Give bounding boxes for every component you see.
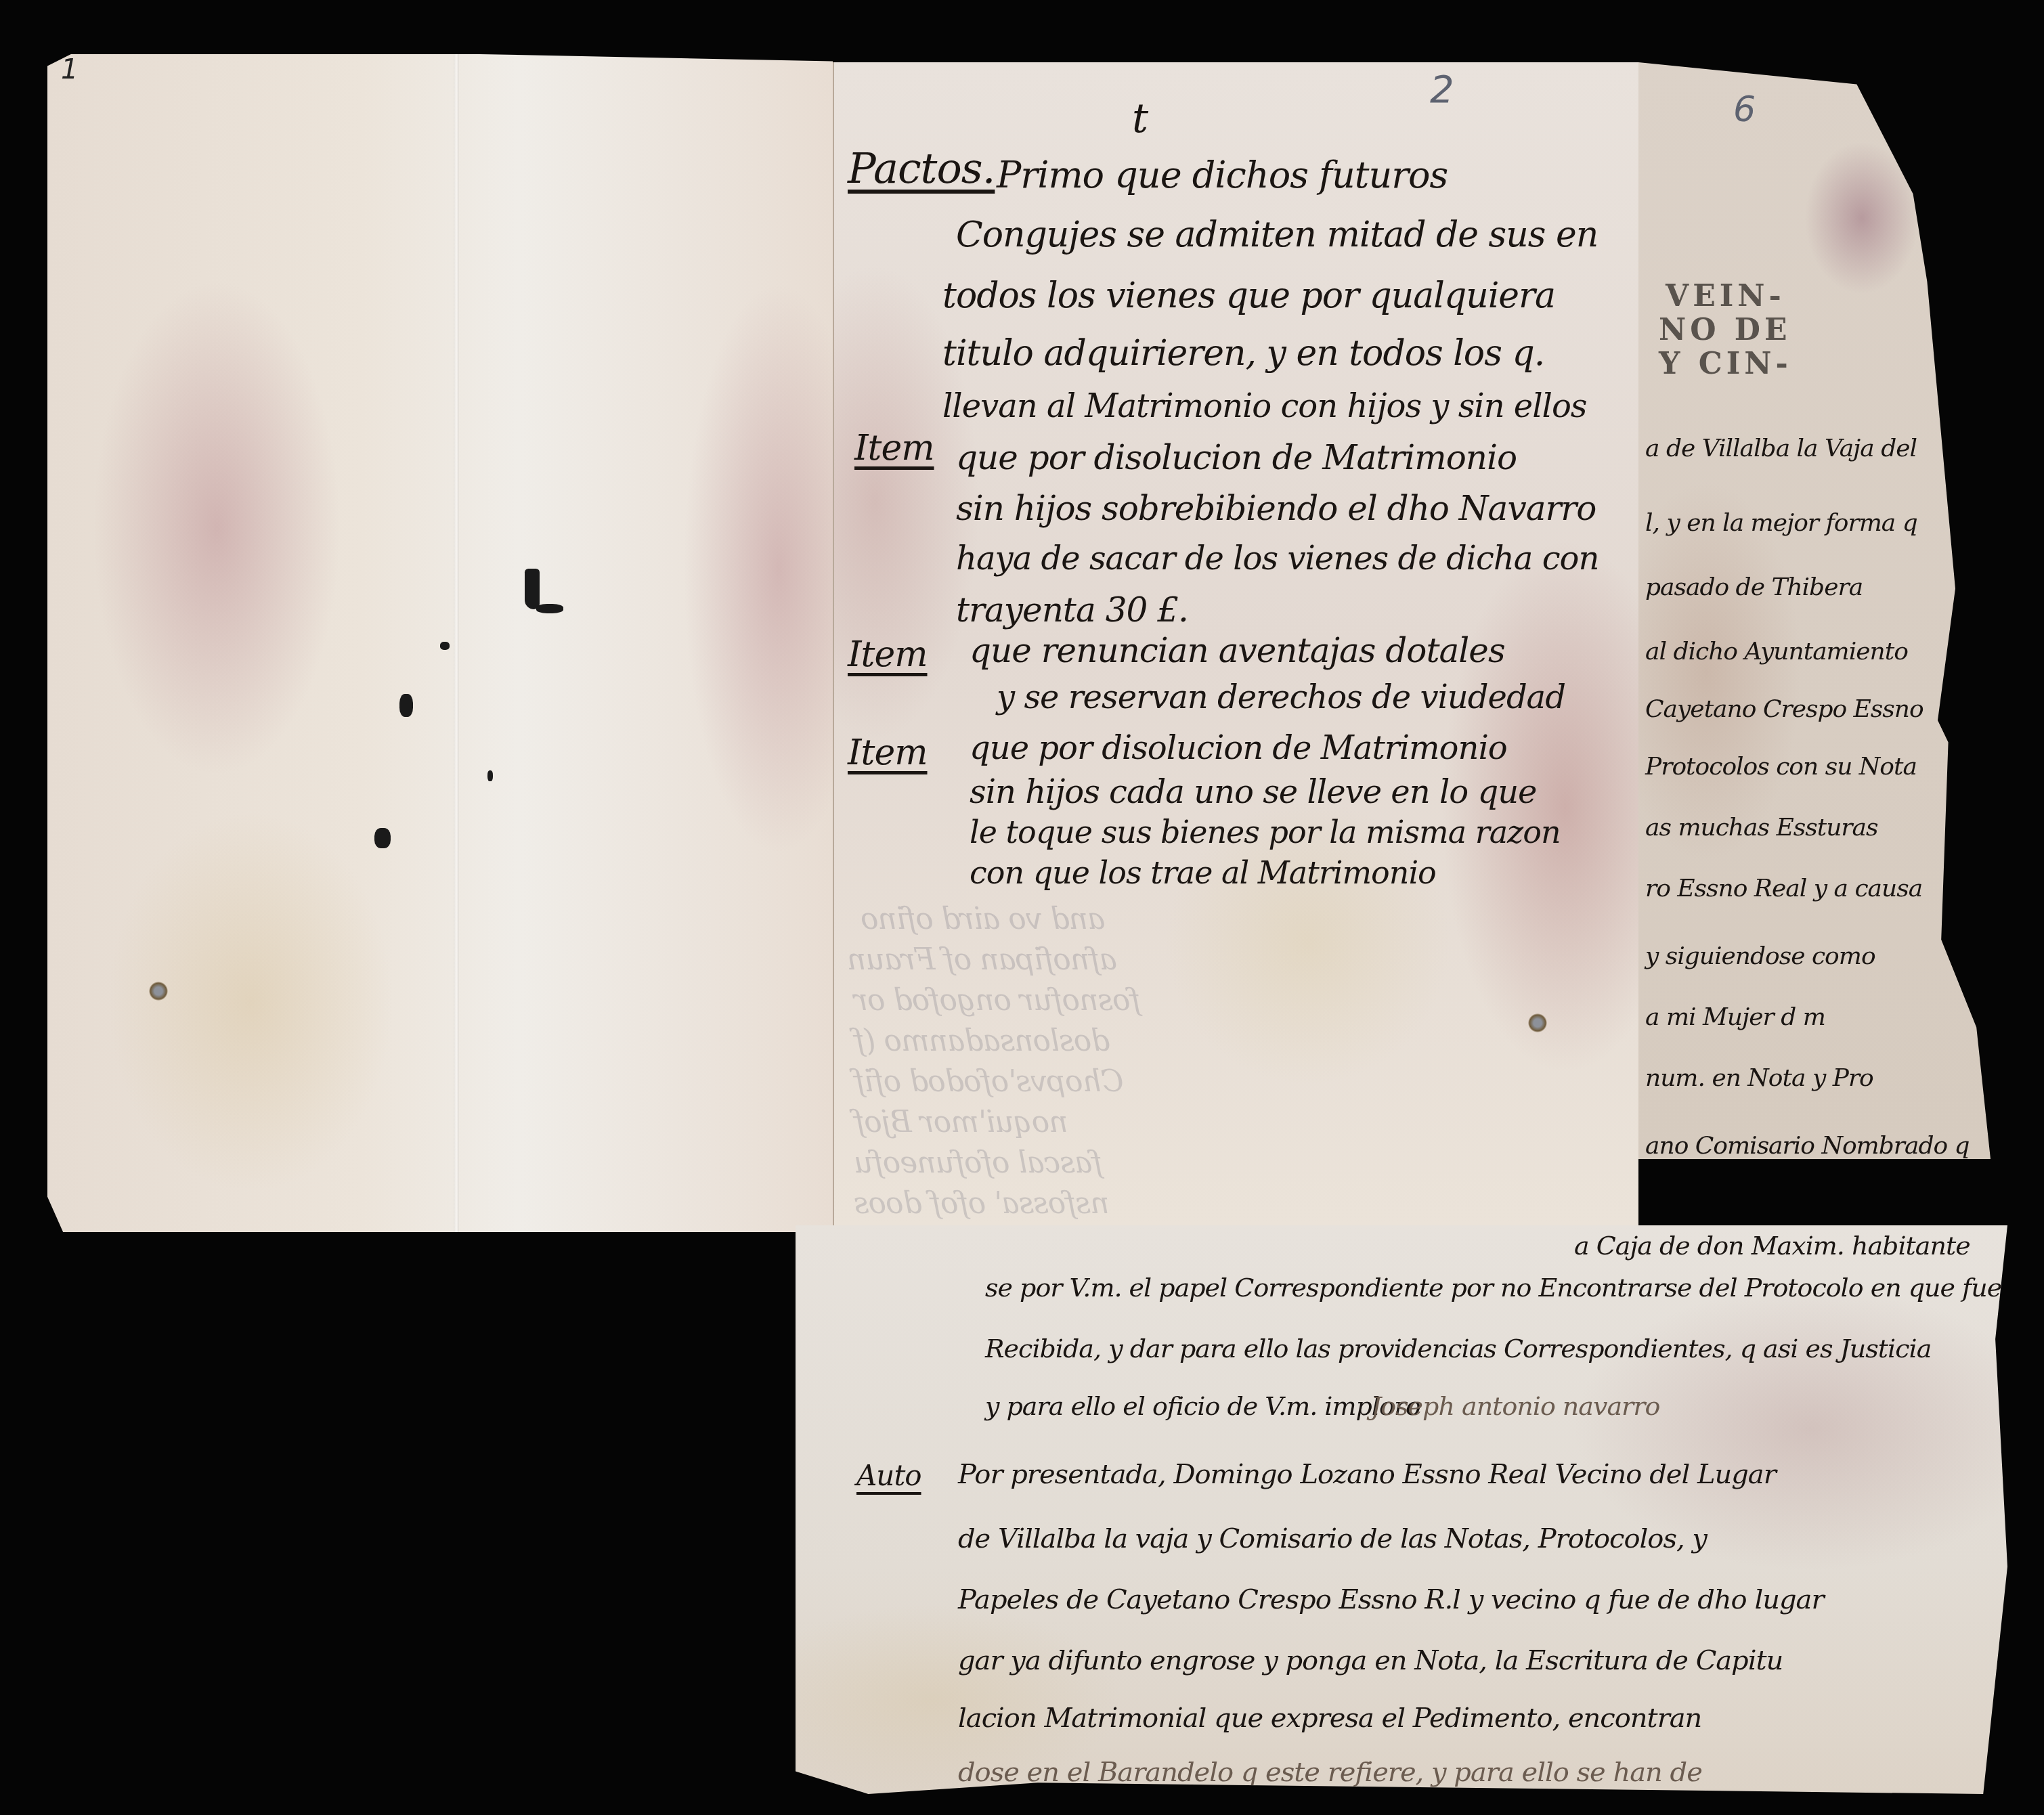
text-line: le toque sus bienes por la misma razon <box>970 814 1561 850</box>
text-line: num. en Nota y Pro <box>1645 1064 1873 1092</box>
text-line: que por disolucion de Matrimonio <box>956 438 1517 477</box>
text-line: Congujes se admiten mitad de sus en <box>956 215 1598 255</box>
right-partial-page: 6 VEIN- NO DE Y CIN- a de Villalba la Va… <box>1638 62 1991 1159</box>
corner-mark: 1 <box>61 54 78 85</box>
text-line: Por presentada, Domingo Lozano Essno Rea… <box>958 1459 1776 1490</box>
text-line: con que los trae al Matrimonio <box>970 854 1436 891</box>
text-line: ano Comisario Nombrado q <box>1645 1132 1970 1160</box>
signature: Joseph antonio navarro <box>1371 1391 1659 1421</box>
ink-blot <box>374 828 391 848</box>
bleed-through-line: nsfossa' ofof doos <box>854 1186 1109 1221</box>
bleed-through-line: and vo aird ofino <box>861 902 1105 936</box>
bottom-written-page: a Caja de don Maxim. habitante se por V.… <box>796 1225 2007 1794</box>
text-line: ro Essno Real y a causa <box>1645 875 1922 902</box>
ink-blot <box>525 569 540 609</box>
text-line: a de Villalba la Vaja del <box>1645 435 1917 462</box>
text-line: l, y en la mejor forma q <box>1645 509 1917 537</box>
margin-item-label: Item <box>848 732 928 773</box>
text-line: sin hijos sobrebibiendo el dho Navarro <box>956 489 1596 528</box>
text-line: de Villalba la vaja y Comisario de las N… <box>958 1523 1707 1554</box>
text-line: llevan al Matrimonio con hijos y sin ell… <box>942 387 1587 425</box>
bleed-through-line: fascal ofofuneofu <box>854 1145 1102 1180</box>
text-line: Protocolos con su Nota <box>1645 753 1917 781</box>
ink-blot <box>536 604 563 613</box>
text-line: al dicho Ayuntamiento <box>1645 638 1908 665</box>
text-line: haya de sacar de los vienes de dicha con <box>956 540 1599 577</box>
cross-mark: t <box>1132 95 1148 142</box>
ink-blot <box>399 694 413 717</box>
text-line: Primo que dichos futuros <box>997 154 1448 196</box>
text-line: y se reservan derechos de viudedad <box>997 678 1565 716</box>
text-line: que renuncian aventajas dotales <box>970 631 1505 670</box>
margin-heading-pactos: Pactos. <box>848 144 995 193</box>
stamp-line: NO DE <box>1659 313 1791 347</box>
text-line: a Caja de don Maxim. habitante <box>1574 1231 1970 1261</box>
stamp-line: VEIN- <box>1666 279 1785 313</box>
rust-hole <box>149 982 168 1001</box>
folio-number: 2 <box>1430 68 1454 112</box>
text-line: lacion Matrimonial que expresa el Pedime… <box>958 1703 1701 1734</box>
margin-heading-auto: Auto <box>856 1459 921 1492</box>
text-line: pasado de Thibera <box>1645 573 1863 601</box>
text-line: titulo adquirieren, y en todos los q. <box>942 333 1544 374</box>
text-line: se por V.m. el papel Correspondiente por… <box>985 1273 2001 1303</box>
text-line: as muchas Essturas <box>1645 814 1877 841</box>
rust-hole <box>1528 1013 1547 1032</box>
text-line: a mi Mujer d m <box>1645 1003 1825 1031</box>
text-line: trayenta 30 £. <box>956 590 1188 630</box>
text-line: que por disolucion de Matrimonio <box>970 729 1507 767</box>
text-line: todos los vienes que por qualquiera <box>942 276 1555 316</box>
bleed-through-line: Chopvs'ofodod ofif <box>854 1064 1123 1099</box>
text-line: y para ello el oficio de V.m. imploro <box>985 1391 1420 1421</box>
center-written-page: 2 t Pactos. Primo que dichos futuros Con… <box>833 62 1638 1227</box>
left-verso-page: 1 <box>47 54 833 1232</box>
text-line: y siguiendose como <box>1645 942 1875 970</box>
bleed-through-line: afnofipan of Fraun <box>848 942 1117 977</box>
folio-number: 6 <box>1733 89 1756 130</box>
text-line: Papeles de Cayetano Crespo Essno R.l y v… <box>958 1584 1824 1615</box>
text-line: dose en el Barandelo q este refiere, y p… <box>958 1757 1702 1788</box>
margin-item-label: Item <box>854 428 934 468</box>
ink-blot <box>487 770 493 781</box>
page-fold-crease <box>454 54 459 1232</box>
stamp-line: Y CIN- <box>1659 347 1792 381</box>
margin-item-label: Item <box>848 634 928 675</box>
text-line: gar ya difunto engrose y ponga en Nota, … <box>958 1645 1783 1676</box>
text-line: Recibida, y dar para ello las providenci… <box>985 1334 1931 1363</box>
ink-blot <box>440 642 450 650</box>
bleed-through-line: noqui'mor Bjof <box>854 1105 1068 1139</box>
bleed-through-line: fosnofur ongofod or <box>854 983 1141 1018</box>
bleed-through-line: doslonsadanmo (f <box>854 1024 1110 1058</box>
text-line: Cayetano Crespo Essno <box>1645 695 1923 723</box>
text-line: sin hijos cada uno se lleve en lo que <box>970 773 1537 811</box>
